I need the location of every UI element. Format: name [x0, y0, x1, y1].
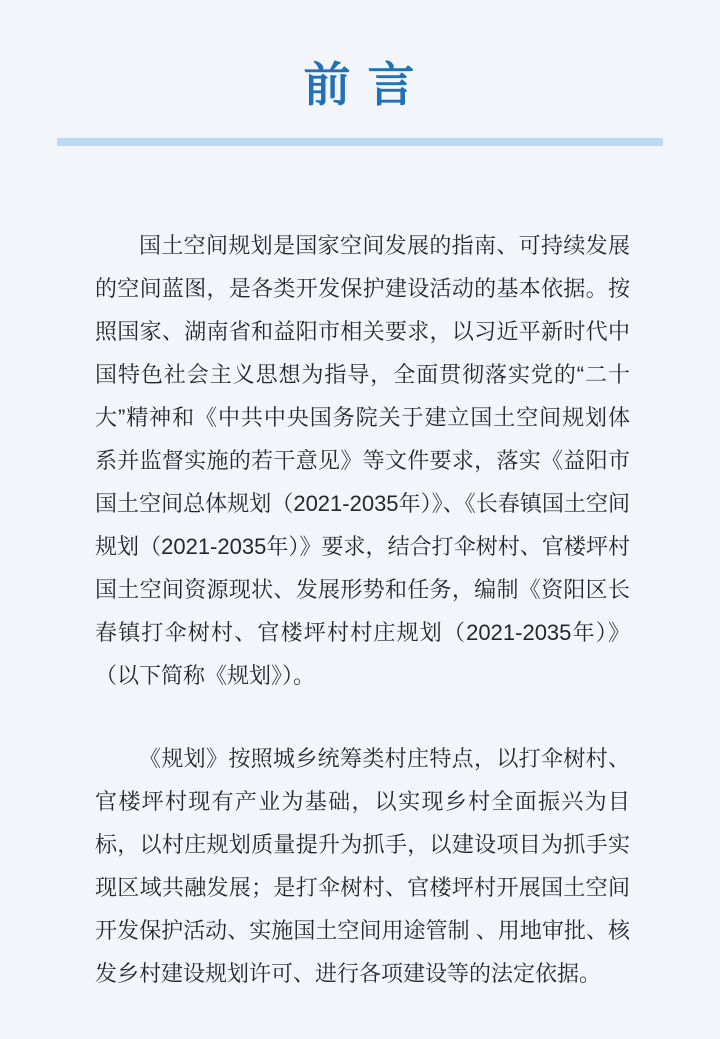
preface-page: 前 言 国土空间规划是国家空间发展的指南、可持续发展的空间蓝图，是各类开发保护建… [0, 0, 720, 1039]
body-text-block: 国土空间规划是国家空间发展的指南、可持续发展的空间蓝图，是各类开发保护建设活动的… [95, 224, 630, 995]
paragraph-1: 国土空间规划是国家空间发展的指南、可持续发展的空间蓝图，是各类开发保护建设活动的… [95, 224, 630, 697]
title-underline-bar [57, 138, 663, 146]
paragraph-2: 《规划》按照城乡统筹类村庄特点，以打伞树村、官楼坪村现有产业为基础，以实现乡村全… [95, 737, 630, 995]
page-title: 前 言 [0, 58, 720, 112]
